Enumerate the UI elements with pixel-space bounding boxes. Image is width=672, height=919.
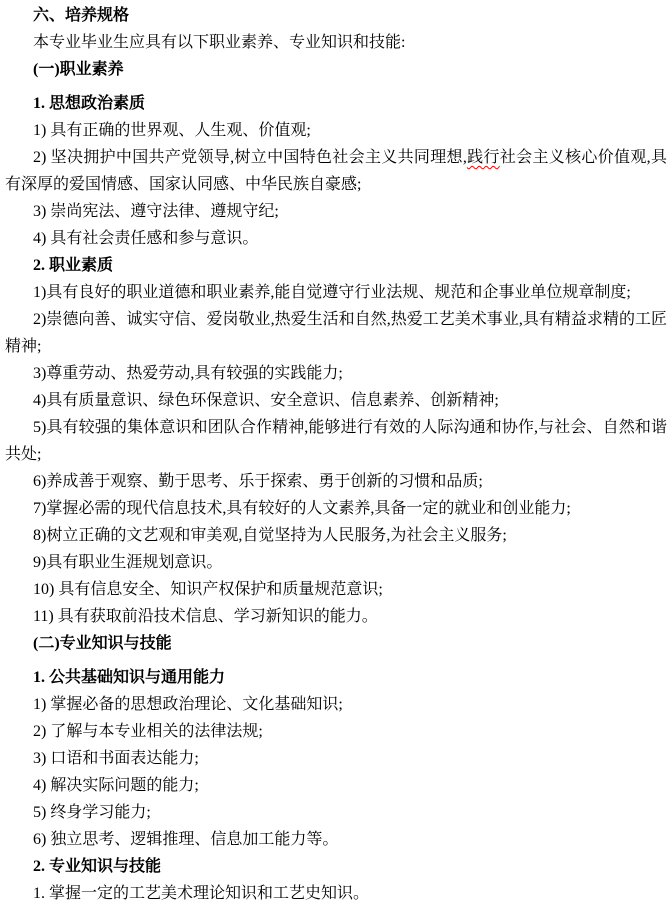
section-heading-main: 六、培养规格 — [5, 2, 667, 29]
list-item: 8)树立正确的文艺观和审美观,自觉坚持为人民服务,为社会主义服务; — [5, 522, 667, 549]
list-item: 11) 具有获取前沿技术信息、学习新知识的能力。 — [5, 603, 667, 630]
list-item: 6) 独立思考、逻辑推理、信息加工能力等。 — [5, 826, 667, 853]
list-item: 3) 口语和书面表达能力; — [5, 745, 667, 772]
list-item: 1)具有良好的职业道德和职业素养,能自觉遵守行业法规、规范和企事业单位规章制度; — [5, 279, 667, 306]
list-item: 9)具有职业生涯规划意识。 — [5, 549, 667, 576]
list-item: 5)具有较强的集体意识和团队合作精神,能够进行有效的人际沟通和协作,与社会、自然… — [5, 414, 667, 468]
list-item: 1. 掌握一定的工艺美术理论知识和工艺史知识。 — [5, 880, 667, 907]
sub-heading-ideology: 1. 思想政治素质 — [5, 90, 667, 117]
list-item: 1) 具有正确的世界观、人生观、价值观; — [5, 117, 667, 144]
list-item: 10) 具有信息安全、知识产权保护和质量规范意识; — [5, 576, 667, 603]
list-item: 4) 解决实际问题的能力; — [5, 772, 667, 799]
list-item: 6)养成善于观察、勤于思考、乐于探索、勇于创新的习惯和品质; — [5, 468, 667, 495]
list-item: 1) 掌握必备的思想政治理论、文化基础知识; — [5, 691, 667, 718]
list-item: 2) 坚决拥护中国共产党领导,树立中国特色社会主义共同理想,践行社会主义核心价值… — [5, 144, 667, 198]
list-item: 4) 具有社会责任感和参与意识。 — [5, 225, 667, 252]
intro-paragraph: 本专业毕业生应具有以下职业素养、专业知识和技能: — [5, 29, 667, 56]
list-item: 4)具有质量意识、绿色环保意识、安全意识、信息素养、创新精神; — [5, 387, 667, 414]
sub-heading-general-knowledge: 1. 公共基础知识与通用能力 — [5, 664, 667, 691]
list-item: 3) 崇尚宪法、遵守法律、遵规守纪; — [5, 198, 667, 225]
sub-heading-professional-quality: 2. 职业素质 — [5, 252, 667, 279]
list-item: 5) 终身学习能力; — [5, 799, 667, 826]
sub-heading-professional-knowledge: 2. 专业知识与技能 — [5, 853, 667, 880]
subsection-heading-2: (二)专业知识与技能 — [5, 630, 667, 657]
list-item-text: 2) 坚决拥护中国共产党领导,树立中国特色社会主义共同理想, — [33, 149, 467, 166]
subsection-heading-1: (一)职业素养 — [5, 56, 667, 83]
list-item: 2)崇德向善、诚实守信、爱岗敬业,热爱生活和自然,热爱工艺美术事业,具有精益求精… — [5, 306, 667, 360]
list-item: 2) 了解与本专业相关的法律法规; — [5, 718, 667, 745]
spellcheck-underlined-text: 践行 — [467, 149, 500, 166]
list-item: 3)尊重劳动、热爱劳动,具有较强的实践能力; — [5, 360, 667, 387]
list-item: 7)掌握必需的现代信息技术,具有较好的人文素养,具备一定的就业和创业能力; — [5, 495, 667, 522]
document-page: 六、培养规格 本专业毕业生应具有以下职业素养、专业知识和技能: (一)职业素养 … — [0, 0, 672, 919]
